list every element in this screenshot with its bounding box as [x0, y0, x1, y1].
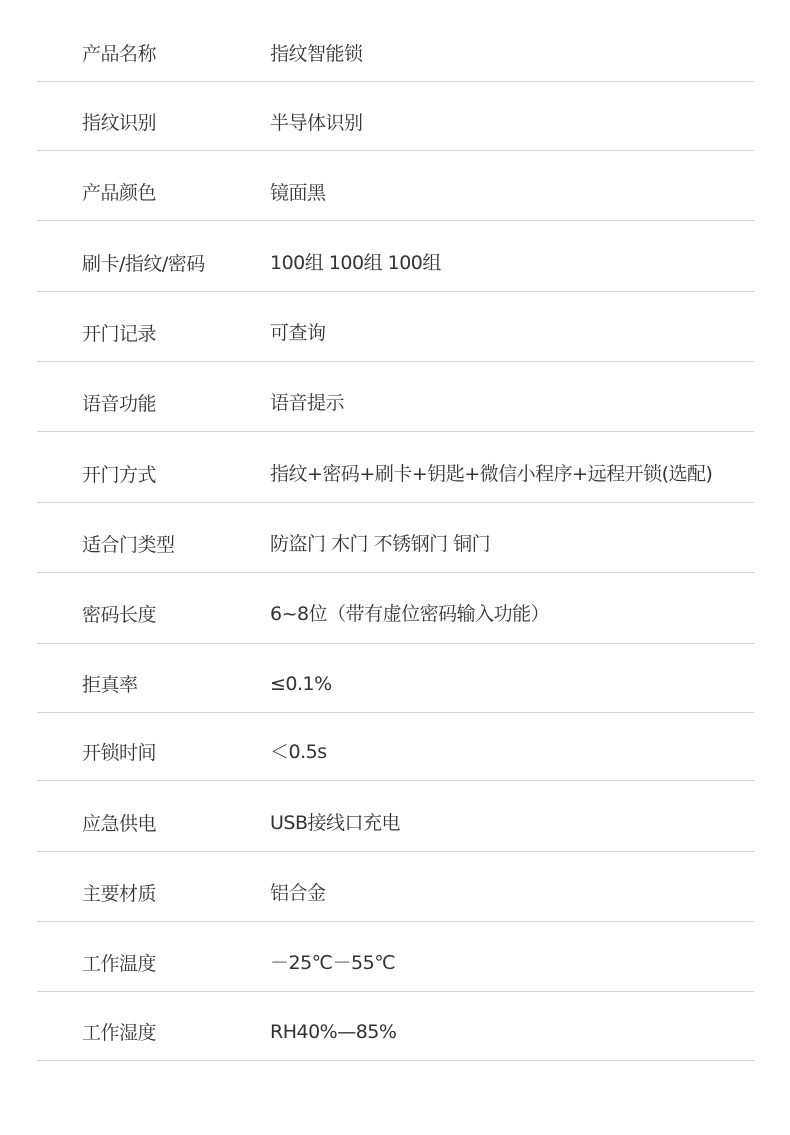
spec-value: －25℃－55℃	[270, 952, 395, 974]
spec-row-false-rejection-rate: 拒真率 ≤0.1%	[37, 644, 754, 713]
spec-row-fingerprint-recognition: 指纹识别 半导体识别	[37, 82, 754, 151]
spec-value: 镜面黑	[270, 182, 326, 204]
spec-row-unlock-records: 开门记录 可查询	[37, 292, 754, 362]
spec-row-product-name: 产品名称 指纹智能锁	[37, 11, 754, 82]
spec-row-card-fingerprint-password: 刷卡/指纹/密码 100组 100组 100组	[37, 221, 754, 292]
spec-row-operating-temperature: 工作温度 －25℃－55℃	[37, 922, 754, 992]
spec-label: 开锁时间	[82, 742, 156, 764]
spec-value: 可查询	[270, 322, 326, 344]
spec-label: 产品颜色	[82, 182, 156, 204]
spec-label: 主要材质	[82, 883, 156, 905]
spec-row-operating-humidity: 工作湿度 RH40%—85%	[37, 992, 754, 1061]
spec-label: 开门记录	[82, 323, 156, 345]
spec-value: ＜0.5s	[270, 741, 327, 763]
spec-label: 工作湿度	[82, 1022, 156, 1044]
spec-value: 半导体识别	[270, 112, 363, 134]
spec-label: 刷卡/指纹/密码	[82, 253, 205, 275]
spec-value: 指纹智能锁	[270, 43, 363, 65]
spec-label: 产品名称	[82, 43, 156, 65]
spec-row-unlock-methods: 开门方式 指纹+密码+刷卡+钥匙+微信小程序+远程开锁(选配)	[37, 432, 754, 503]
spec-row-password-length: 密码长度 6~8位（带有虚位密码输入功能）	[37, 573, 754, 644]
spec-label: 语音功能	[82, 393, 156, 415]
spec-value: 铝合金	[270, 882, 326, 904]
spec-value: USB接线口充电	[270, 812, 400, 834]
spec-label: 密码长度	[82, 604, 156, 626]
spec-value: ≤0.1%	[270, 673, 332, 695]
spec-table: 产品名称 指纹智能锁 指纹识别 半导体识别 产品颜色 镜面黑 刷卡/指纹/密码 …	[0, 0, 790, 1135]
spec-row-emergency-power: 应急供电 USB接线口充电	[37, 781, 754, 852]
spec-value: 6~8位（带有虚位密码输入功能）	[270, 603, 549, 625]
spec-value: 语音提示	[270, 392, 344, 414]
spec-label: 指纹识别	[82, 112, 156, 134]
spec-label: 适合门类型	[82, 534, 175, 556]
spec-value: 防盗门 木门 不锈钢门 铜门	[270, 533, 490, 555]
spec-row-unlock-time: 开锁时间 ＜0.5s	[37, 713, 754, 781]
spec-value: 100组 100组 100组	[270, 252, 441, 274]
spec-label: 拒真率	[82, 674, 138, 696]
spec-label: 应急供电	[82, 813, 156, 835]
spec-row-main-material: 主要材质 铝合金	[37, 852, 754, 922]
spec-value: RH40%—85%	[270, 1021, 396, 1043]
spec-label: 开门方式	[82, 464, 156, 486]
spec-value: 指纹+密码+刷卡+钥匙+微信小程序+远程开锁(选配)	[270, 463, 712, 485]
spec-row-door-types: 适合门类型 防盗门 木门 不锈钢门 铜门	[37, 503, 754, 573]
spec-row-product-color: 产品颜色 镜面黑	[37, 151, 754, 221]
spec-label: 工作温度	[82, 953, 156, 975]
spec-row-voice-function: 语音功能 语音提示	[37, 362, 754, 432]
